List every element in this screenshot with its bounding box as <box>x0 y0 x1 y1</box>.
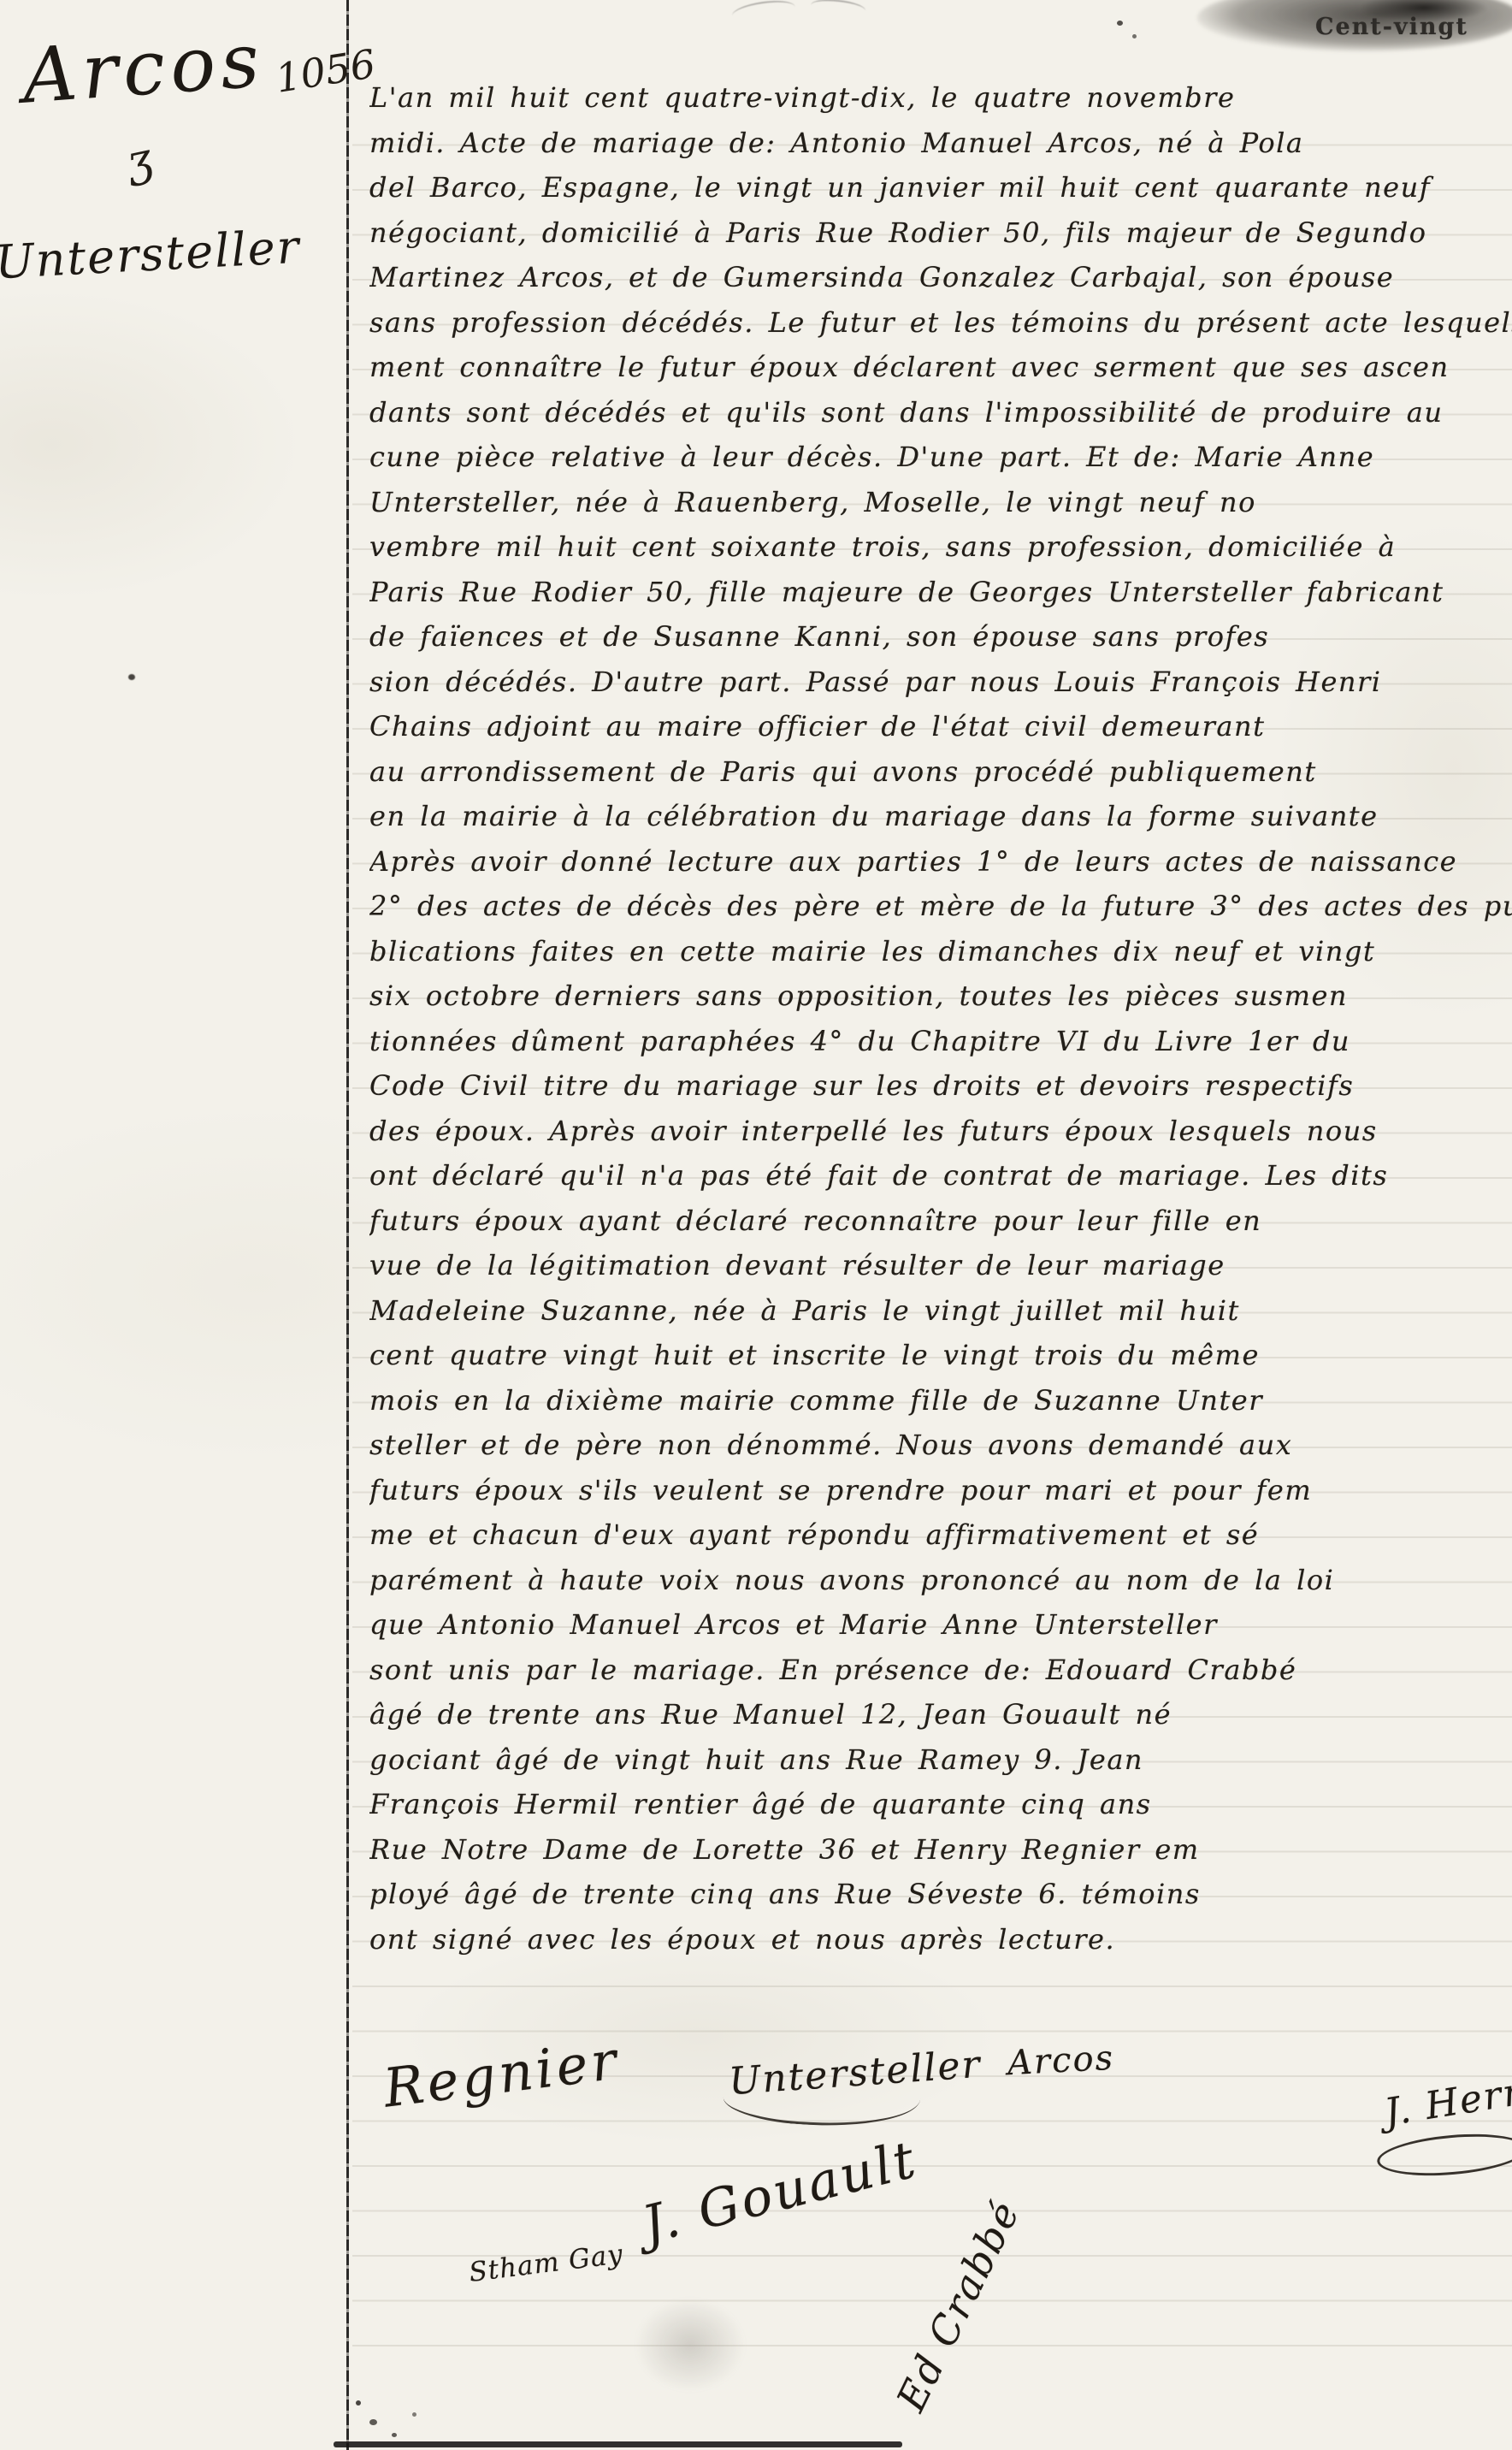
act-text-line: midi. Acte de mariage de: Antonio Manuel… <box>369 121 1512 166</box>
act-text-line: sont unis par le mariage. En présence de… <box>369 1648 1512 1693</box>
act-text-line: futurs époux s'ils veulent se prendre po… <box>369 1468 1512 1513</box>
act-text-block: L'an mil huit cent quatre-vingt-dix, le … <box>369 75 1512 1966</box>
signature-flourish-oval <box>1375 2128 1512 2181</box>
act-text-line: de faïences et de Susanne Kanni, son épo… <box>369 614 1512 660</box>
act-text-line: que Antonio Manuel Arcos et Marie Anne U… <box>369 1602 1512 1648</box>
scan-edge-streak <box>334 2441 902 2447</box>
act-text-line: Paris Rue Rodier 50, fille majeure de Ge… <box>369 570 1512 615</box>
gray-smudge <box>635 2298 746 2392</box>
ink-speck <box>392 2433 397 2437</box>
act-text-line: Code Civil titre du mariage sur les droi… <box>369 1063 1512 1109</box>
act-text-line: Rue Notre Dame de Lorette 36 et Henry Re… <box>369 1827 1512 1873</box>
ink-speck <box>369 2419 377 2425</box>
act-text-line: me et chacun d'eux ayant répondu affirma… <box>369 1512 1512 1558</box>
act-text-line: Madeleine Suzanne, née à Paris le vingt … <box>369 1288 1512 1334</box>
margin-act-number: 1056 <box>272 40 378 102</box>
act-text-line: gociant âgé de vingt huit ans Rue Ramey … <box>369 1737 1512 1783</box>
pencil-mark <box>731 0 796 25</box>
act-text-line: cune pièce relative à leur décès. D'une … <box>369 435 1512 480</box>
signature-arcos: Arcos <box>1007 2039 1115 2083</box>
act-text-line: 2° des actes de décès des père et mère d… <box>369 884 1512 929</box>
margin-groom-surname: Arcos <box>20 15 268 120</box>
act-text-line: L'an mil huit cent quatre-vingt-dix, le … <box>369 75 1512 121</box>
act-text-line: dants sont décédés et qu'ils sont dans l… <box>369 390 1512 435</box>
scanned-marriage-record-page: { "document": { "page_label": "Cent-ving… <box>0 0 1512 2450</box>
act-text-line: vembre mil huit cent soixante trois, san… <box>369 524 1512 570</box>
signature-hermil: J. Hermil <box>1381 2062 1512 2134</box>
act-text-line: ment connaître le futur époux déclarent … <box>369 345 1512 390</box>
act-text-line: âgé de trente ans Rue Manuel 12, Jean Go… <box>369 1692 1512 1737</box>
act-text-line: steller et de père non dénommé. Nous avo… <box>369 1423 1512 1468</box>
act-text-line: cent quatre vingt huit et inscrite le vi… <box>369 1333 1512 1378</box>
margin-et-symbol: ʒ <box>121 133 157 189</box>
signature-crabbe: Ed Crabbé <box>888 2193 1029 2418</box>
ink-speck <box>412 2412 416 2417</box>
act-text-line: Après avoir donné lecture aux parties 1°… <box>369 839 1512 885</box>
act-text-line: François Hermil rentier âgé de quarante … <box>369 1782 1512 1827</box>
act-text-line: Chains adjoint au maire officier de l'ét… <box>369 704 1512 749</box>
signature-regnier: Regnier <box>381 2028 623 2119</box>
act-text-line: tionnées dûment paraphées 4° du Chapitre… <box>369 1019 1512 1064</box>
act-text-line: ont signé avec les époux et nous après l… <box>369 1917 1512 1962</box>
act-text-line: négociant, domicilié à Paris Rue Rodier … <box>369 210 1512 256</box>
act-text-line: ont déclaré qu'il n'a pas été fait de co… <box>369 1153 1512 1198</box>
signature-gouault: J. Gouault <box>636 2129 923 2255</box>
ink-speck <box>1132 34 1137 38</box>
signature-gay: Stham Gay <box>467 2239 624 2288</box>
margin-bride-surname: Untersteller <box>0 220 302 290</box>
act-text-line: Untersteller, née à Rauenberg, Moselle, … <box>369 480 1512 525</box>
act-text-line: six octobre derniers sans opposition, to… <box>369 973 1512 1019</box>
act-text-line: parément à haute voix nous avons prononc… <box>369 1558 1512 1603</box>
ink-speck <box>356 2400 361 2406</box>
act-text-line: ployé âgé de trente cinq ans Rue Séveste… <box>369 1872 1512 1917</box>
act-text-line: au arrondissement de Paris qui avons pro… <box>369 749 1512 795</box>
act-text-line: futurs époux ayant déclaré reconnaître p… <box>369 1198 1512 1244</box>
pencil-mark <box>810 0 866 18</box>
act-text-line: blications faites en cette mairie les di… <box>369 929 1512 974</box>
margin-vertical-rule <box>346 0 349 2450</box>
act-text-line: des époux. Après avoir interpellé les fu… <box>369 1109 1512 1154</box>
act-text-line: vue de la légitimation devant résulter d… <box>369 1243 1512 1288</box>
act-text-line: Martinez Arcos, et de Gumersinda Gonzale… <box>369 255 1512 300</box>
act-text-line: sion décédés. D'autre part. Passé par no… <box>369 660 1512 705</box>
act-text-line: en la mairie à la célébration du mariage… <box>369 794 1512 839</box>
act-text-line: del Barco, Espagne, le vingt un janvier … <box>369 165 1512 210</box>
ink-speck <box>128 674 135 680</box>
act-text-line: mois en la dixième mairie comme fille de… <box>369 1378 1512 1423</box>
ink-speck <box>1117 21 1123 26</box>
act-text-line: sans profession décédés. Le futur et les… <box>369 300 1512 346</box>
